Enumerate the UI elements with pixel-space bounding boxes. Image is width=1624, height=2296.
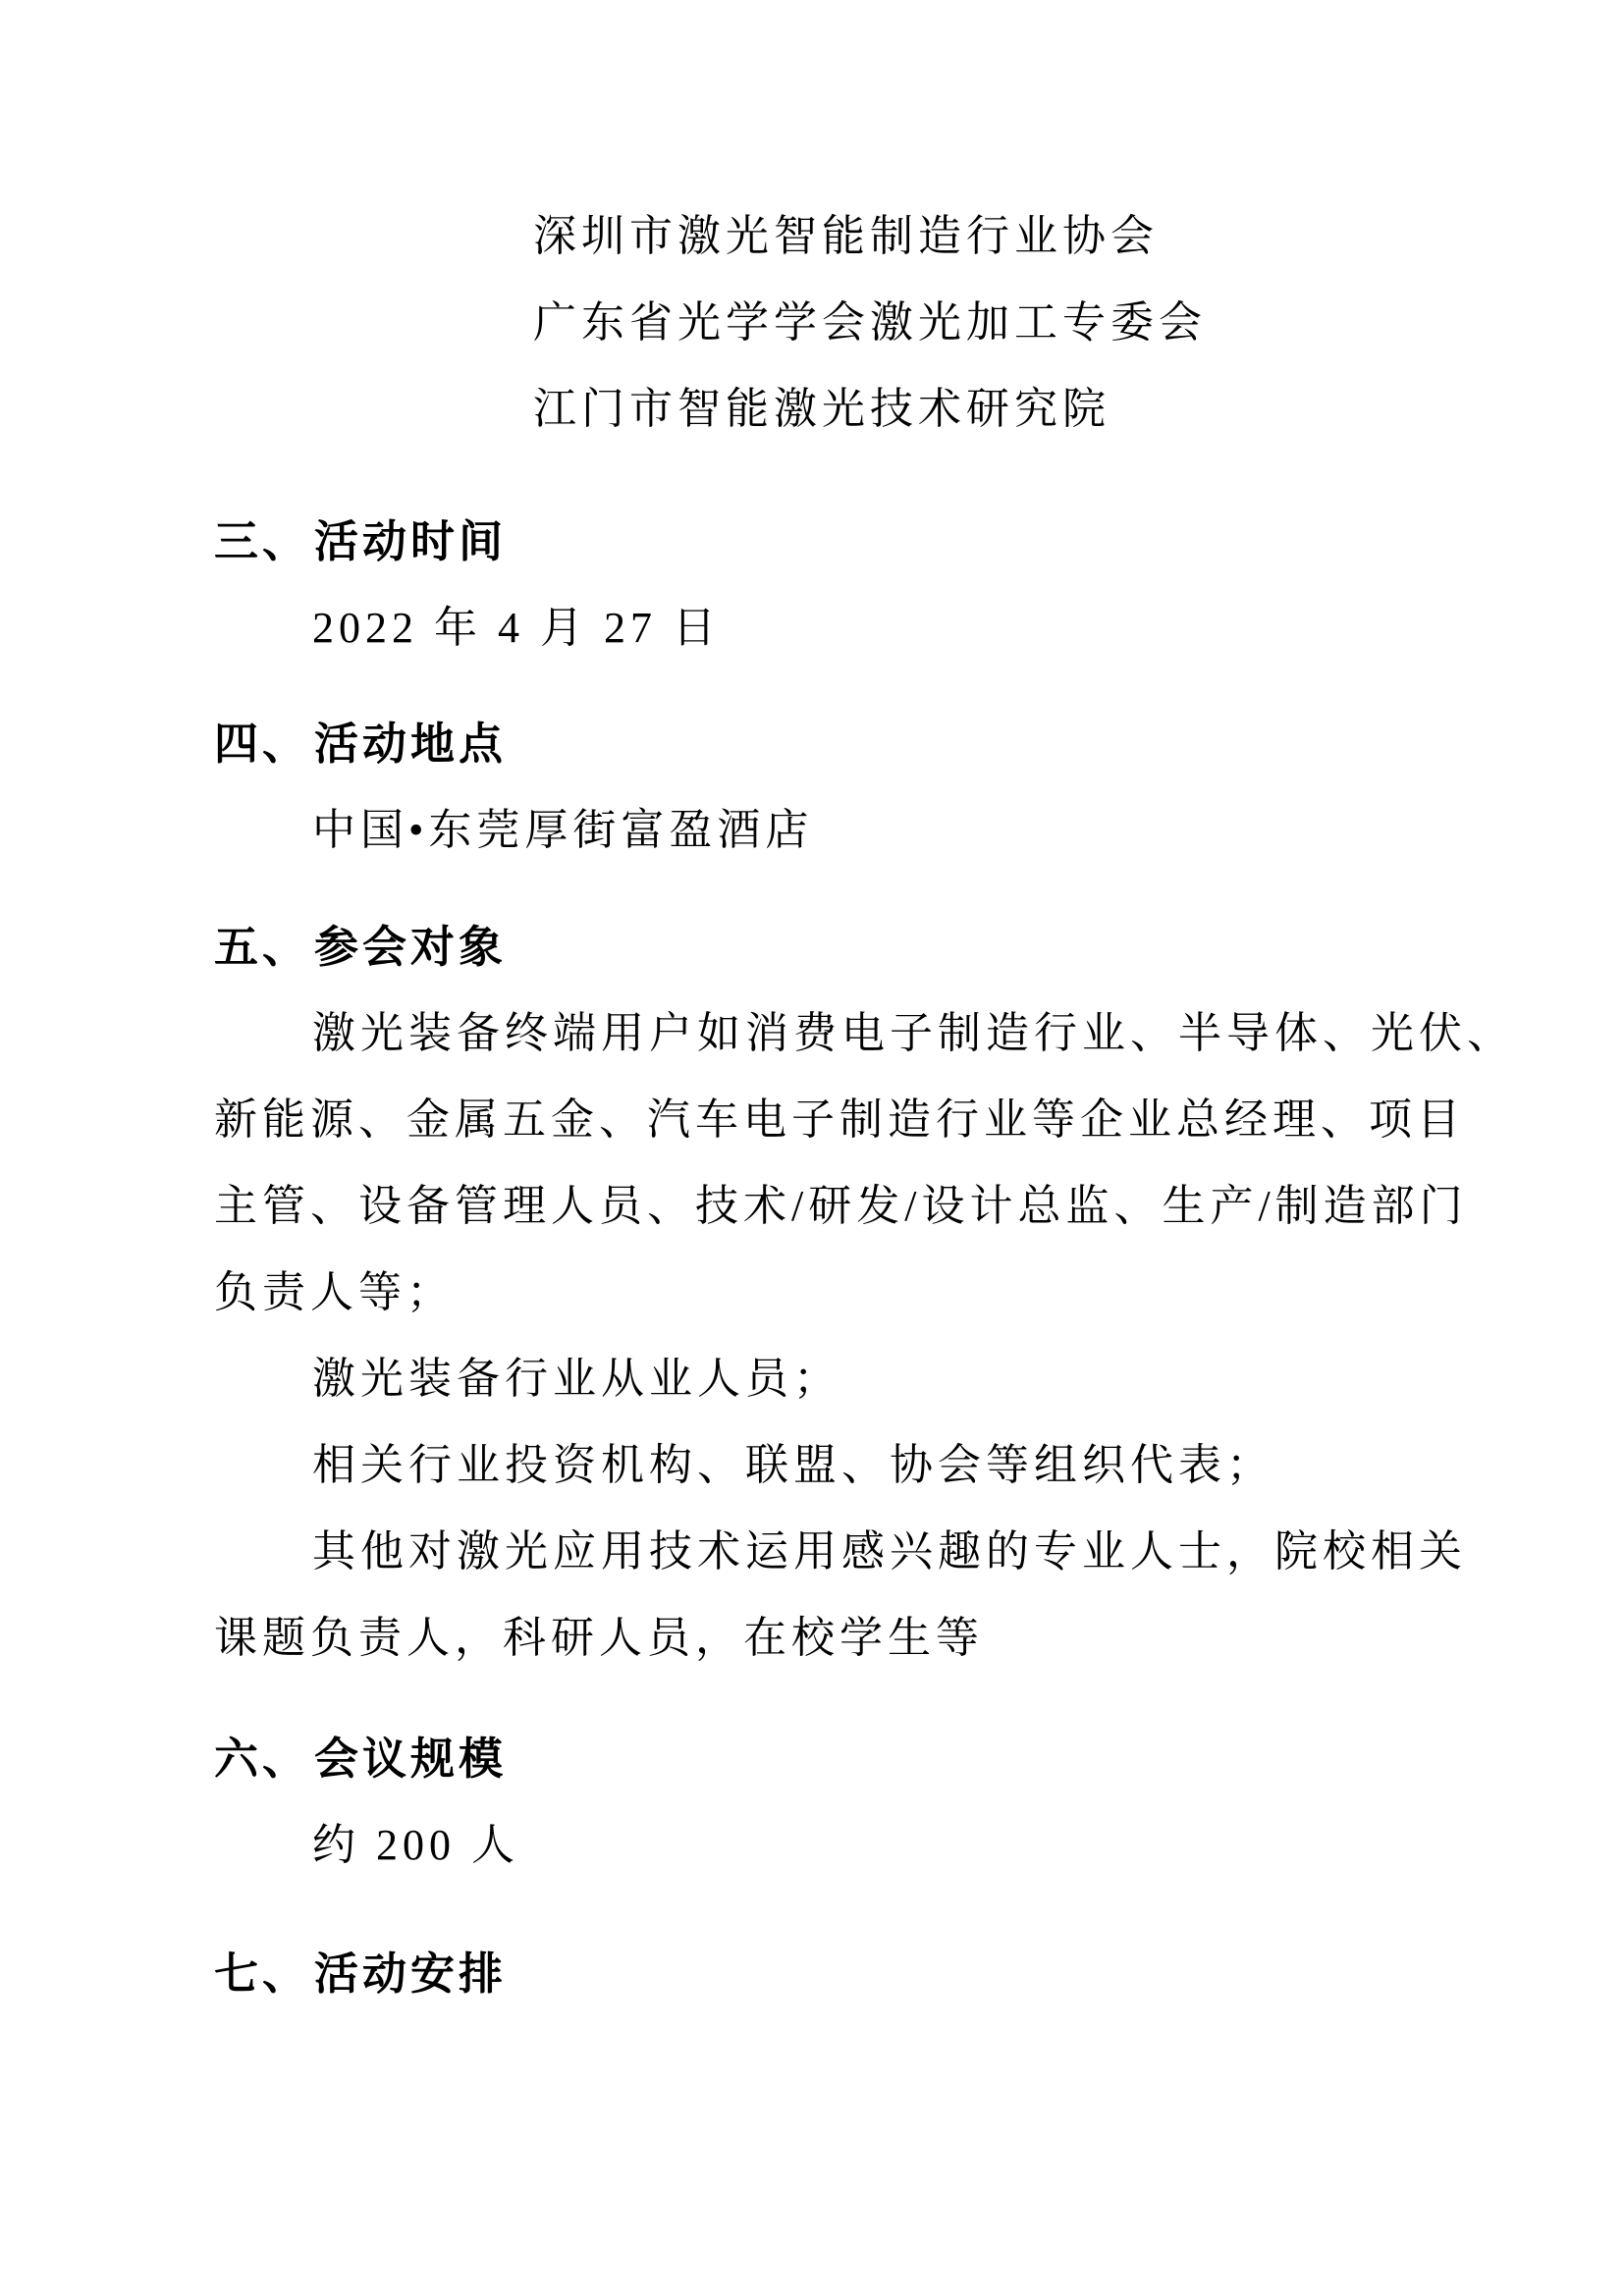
- document-content: 深圳市激光智能制造行业协会 广东省光学学会激光加工专委会 江门市智能激光技术研究…: [0, 0, 1624, 2017]
- section-title: 参会对象: [314, 923, 507, 972]
- organizer-name: 广东省光学学会激光加工专委会: [533, 280, 1467, 366]
- section-heading: 五、参会对象: [214, 904, 1467, 990]
- section-body-line: 中国•东莞厚街富盈酒店: [214, 787, 1467, 874]
- section-number: 四、: [214, 720, 310, 769]
- section-body-line: 激光装备行业从业人员；: [214, 1336, 1467, 1422]
- section-body-line: 主管、设备管理人员、技术/研发/设计总监、生产/制造部门: [214, 1163, 1467, 1250]
- section-number: 五、: [214, 923, 310, 972]
- section-title: 活动安排: [314, 1949, 507, 1999]
- section-number: 三、: [214, 517, 310, 566]
- section-title: 活动时间: [314, 517, 507, 566]
- section-participants: 五、参会对象 激光装备终端用户如消费电子制造行业、半导体、光伏、 新能源、金属五…: [214, 904, 1467, 1682]
- section-activity-location: 四、活动地点 中国•东莞厚街富盈酒店: [214, 701, 1467, 874]
- organizer-list: 深圳市激光智能制造行业协会 广东省光学学会激光加工专委会 江门市智能激光技术研究…: [214, 193, 1467, 453]
- section-heading: 四、活动地点: [214, 701, 1467, 787]
- section-body-line: 新能源、金属五金、汽车电子制造行业等企业总经理、项目: [214, 1077, 1467, 1163]
- section-number: 七、: [214, 1949, 310, 1999]
- section-title: 会议规模: [314, 1735, 507, 1784]
- organizer-name: 江门市智能激光技术研究院: [533, 366, 1467, 453]
- section-meeting-scale: 六、会议规模 约 200 人: [214, 1716, 1467, 1889]
- section-body-line: 课题负责人，科研人员，在校学生等: [214, 1595, 1467, 1682]
- section-activity-schedule: 七、活动安排: [214, 1931, 1467, 2017]
- section-heading: 六、会议规模: [214, 1716, 1467, 1802]
- section-activity-time: 三、活动时间 2022 年 4 月 27 日: [214, 499, 1467, 671]
- section-title: 活动地点: [314, 720, 507, 769]
- section-body-line: 其他对激光应用技术运用感兴趣的专业人士，院校相关: [214, 1509, 1467, 1595]
- section-body-line: 激光装备终端用户如消费电子制造行业、半导体、光伏、: [214, 990, 1467, 1077]
- section-heading: 七、活动安排: [214, 1931, 1467, 2017]
- section-heading: 三、活动时间: [214, 499, 1467, 585]
- section-body-line: 约 200 人: [214, 1802, 1467, 1889]
- section-body-line: 2022 年 4 月 27 日: [214, 585, 1467, 671]
- section-body-line: 相关行业投资机构、联盟、协会等组织代表；: [214, 1422, 1467, 1509]
- organizer-name: 深圳市激光智能制造行业协会: [533, 193, 1467, 280]
- document-page: 深圳市激光智能制造行业协会 广东省光学学会激光加工专委会 江门市智能激光技术研究…: [0, 0, 1624, 2296]
- section-number: 六、: [214, 1735, 310, 1784]
- section-body-line: 负责人等；: [214, 1250, 1467, 1336]
